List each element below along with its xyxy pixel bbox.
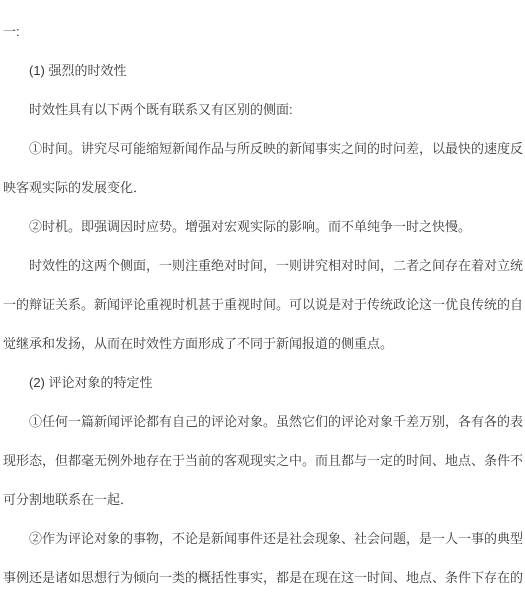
paragraph-subtitle-1: (1) 强烈的时效性 [3,51,523,90]
section-heading: 一: [3,12,523,51]
paragraph: ①任何一篇新闻评论都有自己的评论对象。虽然它们的评论对象千差万别，各有各的表现形… [3,402,523,519]
paragraph: 时效性具有以下两个既有联系又有区别的侧面: [3,90,523,129]
paragraph: ②时机。即强调因时应势。增强对宏观实际的影响。而不单纯争一时之快慢。 [3,207,523,246]
document-body: 一: (1) 强烈的时效性 时效性具有以下两个既有联系又有区别的侧面: ①时间。… [0,0,525,597]
paragraph: ①时间。讲究尽可能缩短新闻作品与所反映的新闻事实之间的时问差，以最快的速度反映客… [3,129,523,207]
paragraph-subtitle-2: (2) 评论对象的特定性 [3,363,523,402]
paragraph: ②作为评论对象的事物，不论是新闻事件还是社会现象、社会问题，是一人一事的典型事例… [3,519,523,597]
paragraph: 时效性的这两个侧面，一则注重绝对时间，一则讲究相对时间，二者之间存在着对立统一的… [3,246,523,363]
